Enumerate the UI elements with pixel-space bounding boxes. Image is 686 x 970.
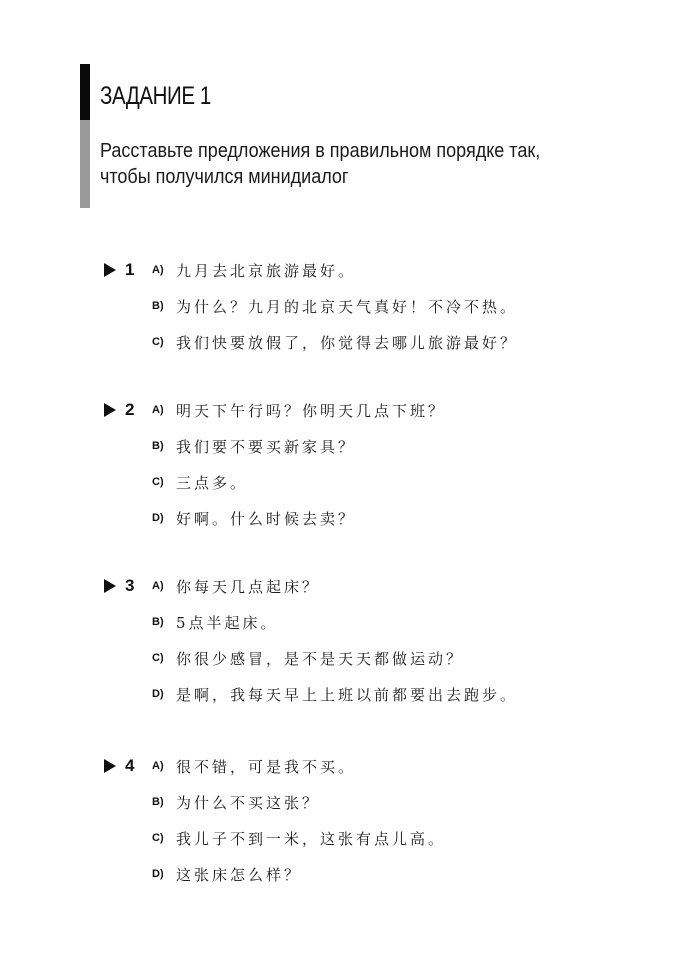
option-label: D) bbox=[152, 688, 176, 700]
play-icon[interactable] bbox=[104, 579, 116, 593]
option-label: C) bbox=[152, 652, 176, 664]
option-text: 很不错，可是我不买。 bbox=[176, 756, 356, 777]
exercise-option: 2 A) 明天下午行吗？你明天几点下班？ bbox=[104, 392, 624, 428]
option-label: B) bbox=[152, 796, 176, 808]
exercise-option: B) 我们要不要买新家具？ bbox=[104, 428, 624, 464]
exercise-option: D) 好啊。什么时候去卖？ bbox=[104, 500, 624, 536]
option-text: 这张床怎么样？ bbox=[176, 864, 302, 885]
task-instruction: Расставьте предложения в правильном поря… bbox=[100, 138, 540, 190]
option-label: B) bbox=[152, 616, 176, 628]
exercise-marker[interactable]: 1 bbox=[104, 260, 152, 280]
option-label: C) bbox=[152, 832, 176, 844]
exercise-option: C) 你很少感冒，是不是天天都做运动？ bbox=[104, 640, 624, 676]
exercise-option: 1 A) 九月去北京旅游最好。 bbox=[104, 252, 624, 288]
option-text: 我们要不要买新家具？ bbox=[176, 436, 356, 457]
exercise-option: B) 为什么不买这张？ bbox=[104, 784, 624, 820]
exercise-marker[interactable]: 3 bbox=[104, 576, 152, 596]
exercise-option: C) 三点多。 bbox=[104, 464, 624, 500]
exercise-option: D) 是啊，我每天早上上班以前都要出去跑步。 bbox=[104, 676, 624, 712]
exercise-option: C) 我儿子不到一米，这张有点儿高。 bbox=[104, 820, 624, 856]
option-text: 我儿子不到一米，这张有点儿高。 bbox=[176, 828, 446, 849]
play-icon[interactable] bbox=[104, 759, 116, 773]
exercise-3: 3 A) 你每天几点起床？ B) 5点半起床。 C) 你很少感冒，是不是天天都做… bbox=[104, 568, 624, 712]
option-text: 你很少感冒，是不是天天都做运动？ bbox=[176, 648, 464, 669]
play-icon[interactable] bbox=[104, 263, 116, 277]
exercise-2: 2 A) 明天下午行吗？你明天几点下班？ B) 我们要不要买新家具？ C) 三点… bbox=[104, 392, 624, 536]
option-label: D) bbox=[152, 868, 176, 880]
option-label: C) bbox=[152, 336, 176, 348]
option-text: 我们快要放假了，你觉得去哪儿旅游最好？ bbox=[176, 332, 518, 353]
exercise-number: 4 bbox=[125, 756, 134, 776]
instruction-line-1: Расставьте предложения в правильном поря… bbox=[100, 138, 540, 164]
header-accent-bar-dark bbox=[80, 64, 90, 120]
option-label: D) bbox=[152, 512, 176, 524]
option-label: A) bbox=[152, 264, 176, 276]
exercise-4: 4 A) 很不错，可是我不买。 B) 为什么不买这张？ C) 我儿子不到一米，这… bbox=[104, 748, 624, 892]
exercise-number: 1 bbox=[125, 260, 134, 280]
exercise-option: 3 A) 你每天几点起床？ bbox=[104, 568, 624, 604]
option-text: 为什么？九月的北京天气真好！不冷不热。 bbox=[176, 296, 518, 317]
option-text: 5点半起床。 bbox=[176, 612, 279, 633]
option-label: A) bbox=[152, 760, 176, 772]
exercise-marker[interactable]: 2 bbox=[104, 400, 152, 420]
option-text: 九月去北京旅游最好。 bbox=[176, 260, 356, 281]
exercise-option: C) 我们快要放假了，你觉得去哪儿旅游最好？ bbox=[104, 324, 624, 360]
task-title: ЗАДАНИЕ 1 bbox=[100, 82, 211, 111]
exercise-option: B) 5点半起床。 bbox=[104, 604, 624, 640]
option-text: 好啊。什么时候去卖？ bbox=[176, 508, 356, 529]
exercise-option: 4 A) 很不错，可是我不买。 bbox=[104, 748, 624, 784]
option-text: 你每天几点起床？ bbox=[176, 576, 320, 597]
option-label: B) bbox=[152, 440, 176, 452]
instruction-line-2: чтобы получился минидиалог bbox=[100, 164, 540, 190]
option-label: B) bbox=[152, 300, 176, 312]
option-text: 三点多。 bbox=[176, 472, 248, 493]
option-label: C) bbox=[152, 476, 176, 488]
option-text: 明天下午行吗？你明天几点下班？ bbox=[176, 400, 446, 421]
exercise-1: 1 A) 九月去北京旅游最好。 B) 为什么？九月的北京天气真好！不冷不热。 C… bbox=[104, 252, 624, 360]
header-accent-bar-gray bbox=[80, 120, 90, 208]
play-icon[interactable] bbox=[104, 403, 116, 417]
exercise-number: 3 bbox=[125, 576, 134, 596]
option-text: 是啊，我每天早上上班以前都要出去跑步。 bbox=[176, 684, 518, 705]
exercise-option: D) 这张床怎么样？ bbox=[104, 856, 624, 892]
exercise-marker[interactable]: 4 bbox=[104, 756, 152, 776]
option-text: 为什么不买这张？ bbox=[176, 792, 320, 813]
task-header: ЗАДАНИЕ 1 Расставьте предложения в прави… bbox=[80, 64, 640, 208]
exercise-number: 2 bbox=[125, 400, 134, 420]
option-label: A) bbox=[152, 404, 176, 416]
exercise-option: B) 为什么？九月的北京天气真好！不冷不热。 bbox=[104, 288, 624, 324]
option-label: A) bbox=[152, 580, 176, 592]
